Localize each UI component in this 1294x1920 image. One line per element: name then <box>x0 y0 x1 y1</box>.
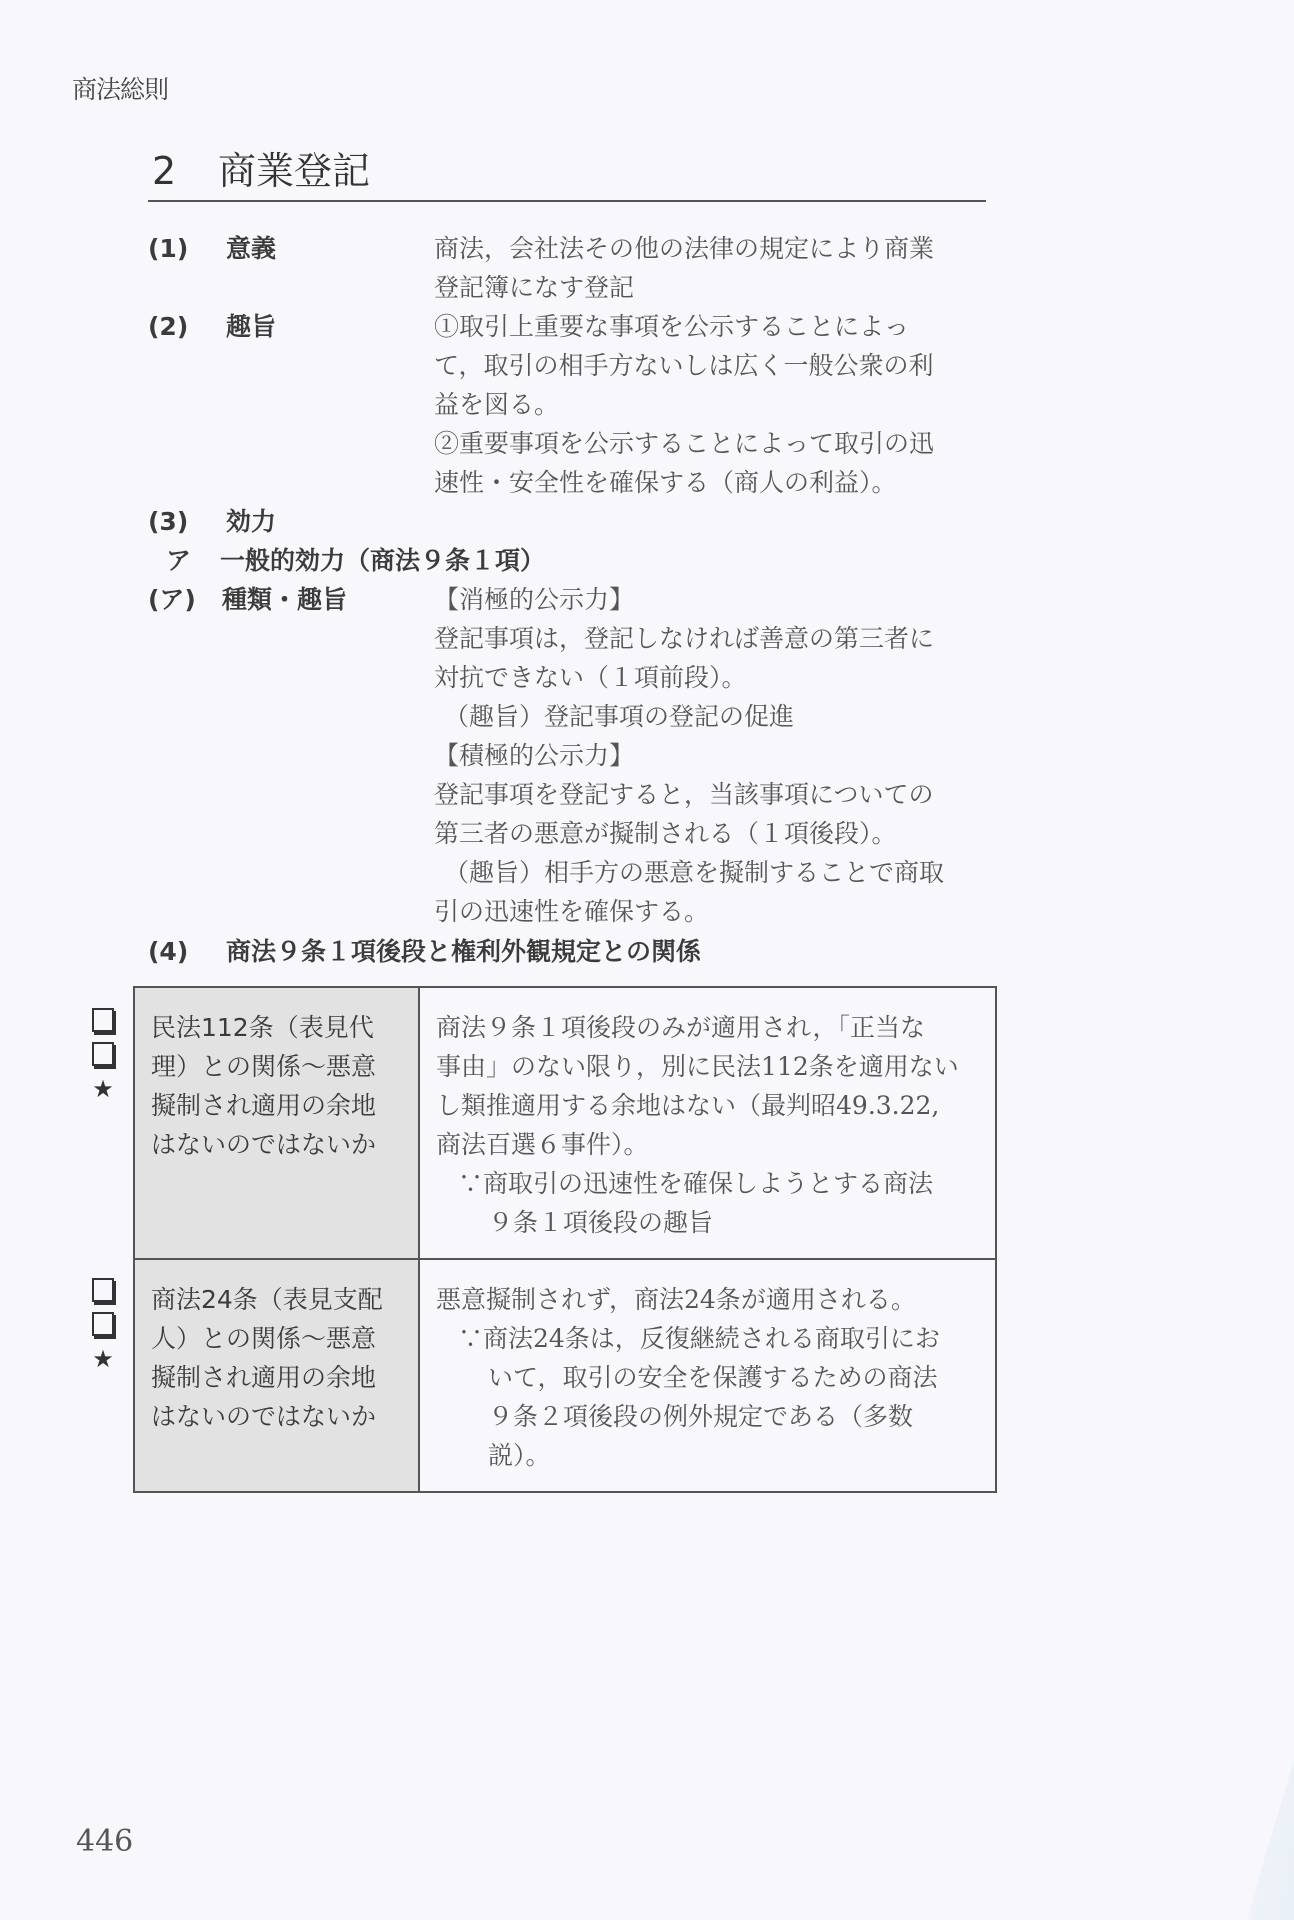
reason-block: ∵商取引の迅速性を確保しようとする商法 ９条１項後段の趣旨 <box>436 1164 981 1242</box>
review-checkbox-icon[interactable] <box>92 1008 114 1032</box>
item-purpose-body: ①取引上重要な事項を公示することによっ て，取引の相手方ないしは広く一般公衆の利… <box>434 307 994 502</box>
text-line: 益を図る。 <box>434 385 994 424</box>
answer-cell: 悪意擬制されず，商法24条が適用される。 ∵商法24条は，反復継続される商取引に… <box>419 1259 996 1492</box>
item-relation-heading: (4)商法９条１項後段と権利外観規定との関係 <box>148 932 701 971</box>
running-head: 商法総則 <box>72 70 168 106</box>
subheading-negative-publicity: 【消極的公示力】 <box>434 580 994 619</box>
question-line: 擬制され適用の余地 <box>151 1086 404 1125</box>
reason-line: いて，取引の安全を保護するための商法 <box>458 1358 981 1397</box>
question-line: 擬制され適用の余地 <box>151 1358 404 1397</box>
item-effect-sub-a: ア一般的効力（商法９条１項） <box>166 541 545 580</box>
text-line: 速性・安全性を確保する（商人の利益）。 <box>434 463 994 502</box>
item-index: (ア) <box>148 580 222 619</box>
page-curl-shadow <box>1234 1760 1294 1920</box>
text-line: 商法，会社法その他の法律の規定により商業 <box>434 229 994 268</box>
text-line: 引の迅速性を確保する。 <box>434 892 994 931</box>
star-icon: ★ <box>88 1346 118 1372</box>
item-effect-sub-a1-body: 【消極的公示力】 登記事項は，登記しなければ善意の第三者に 対抗できない（１項前… <box>434 580 994 931</box>
reason-line: ９条２項後段の例外規定である（多数 <box>458 1397 981 1436</box>
question-line: 商法24条（表見支配 <box>151 1280 404 1319</box>
item-index: (1) <box>148 229 226 268</box>
section-number: 2 <box>148 148 218 194</box>
table-row: 民法112条（表見代 理）との関係～悪意 擬制され適用の余地 はないのではないか… <box>134 987 996 1259</box>
reason-block: ∵商法24条は，反復継続される商取引にお いて，取引の安全を保護するための商法 … <box>436 1319 981 1475</box>
answer-line: し類推適用する余地はない（最判昭49.3.22, <box>436 1086 981 1125</box>
item-index: (4) <box>148 932 226 971</box>
text-line: ②重要事項を公示することによって取引の迅 <box>434 424 994 463</box>
item-title: 商法９条１項後段と権利外観規定との関係 <box>226 937 701 966</box>
item-purpose-label: (2)趣旨 <box>148 307 276 346</box>
item-title: 趣旨 <box>226 312 276 341</box>
reason-line: 説）。 <box>458 1436 981 1475</box>
text-line: （趣旨）登記事項の登記の促進 <box>434 697 994 736</box>
answer-cell: 商法９条１項後段のみが適用され，「正当な 事由」のない限り，別に民法112条を適… <box>419 987 996 1259</box>
row-2-marks: ★ <box>88 1274 118 1372</box>
question-line: 人）との関係～悪意 <box>151 1319 404 1358</box>
text-line: 登記事項を登記すると，当該事項についての <box>434 775 994 814</box>
text-line: 第三者の悪意が擬制される（１項後段）。 <box>434 814 994 853</box>
item-effect-sub-a1-label: (ア)種類・趣旨 <box>148 580 347 619</box>
item-index: (3) <box>148 502 226 541</box>
issue-table: 民法112条（表見代 理）との関係～悪意 擬制され適用の余地 はないのではないか… <box>133 986 997 1493</box>
text-line: ①取引上重要な事項を公示することによっ <box>434 307 994 346</box>
item-meaning-label: (1)意義 <box>148 229 276 268</box>
reason-line: ∵商法24条は，反復継続される商取引にお <box>458 1319 981 1358</box>
answer-line: 商法百選６事件）。 <box>436 1125 981 1164</box>
question-cell: 商法24条（表見支配 人）との関係～悪意 擬制され適用の余地 はないのではないか <box>134 1259 419 1492</box>
item-title: 種類・趣旨 <box>222 585 347 614</box>
item-index: (2) <box>148 307 226 346</box>
text-line: 登記簿になす登記 <box>434 268 994 307</box>
reason-line: ９条１項後段の趣旨 <box>458 1203 981 1242</box>
page-number: 446 <box>76 1824 133 1859</box>
question-line: 理）との関係～悪意 <box>151 1047 404 1086</box>
answer-line: 商法９条１項後段のみが適用され，「正当な <box>436 1008 981 1047</box>
item-index: ア <box>166 541 220 580</box>
question-line: はないのではないか <box>151 1397 404 1436</box>
table-row: 商法24条（表見支配 人）との関係～悪意 擬制され適用の余地 はないのではないか… <box>134 1259 996 1492</box>
question-line: はないのではないか <box>151 1125 404 1164</box>
item-title: 一般的効力（商法９条１項） <box>220 546 545 575</box>
section-title: 2商業登記 <box>148 148 986 202</box>
section-title-text: 商業登記 <box>218 149 370 193</box>
star-icon: ★ <box>88 1076 118 1102</box>
answer-line: 悪意擬制されず，商法24条が適用される。 <box>436 1280 981 1319</box>
review-checkbox-icon[interactable] <box>92 1278 114 1302</box>
question-line: 民法112条（表見代 <box>151 1008 404 1047</box>
reason-line: ∵商取引の迅速性を確保しようとする商法 <box>458 1164 981 1203</box>
question-cell: 民法112条（表見代 理）との関係～悪意 擬制され適用の余地 はないのではないか <box>134 987 419 1259</box>
text-line: 登記事項は，登記しなければ善意の第三者に <box>434 619 994 658</box>
review-checkbox-icon[interactable] <box>92 1312 114 1336</box>
answer-line: 事由」のない限り，別に民法112条を適用ない <box>436 1047 981 1086</box>
item-effect-heading: (3)効力 <box>148 502 276 541</box>
text-line: 対抗できない（１項前段）。 <box>434 658 994 697</box>
item-meaning-body: 商法，会社法その他の法律の規定により商業 登記簿になす登記 <box>434 229 994 307</box>
item-title: 意義 <box>226 234 276 263</box>
text-line: て，取引の相手方ないしは広く一般公衆の利 <box>434 346 994 385</box>
subheading-positive-publicity: 【積極的公示力】 <box>434 736 994 775</box>
row-1-marks: ★ <box>88 1004 118 1102</box>
item-title: 効力 <box>226 507 276 536</box>
text-line: （趣旨）相手方の悪意を擬制することで商取 <box>434 853 994 892</box>
review-checkbox-icon[interactable] <box>92 1042 114 1066</box>
